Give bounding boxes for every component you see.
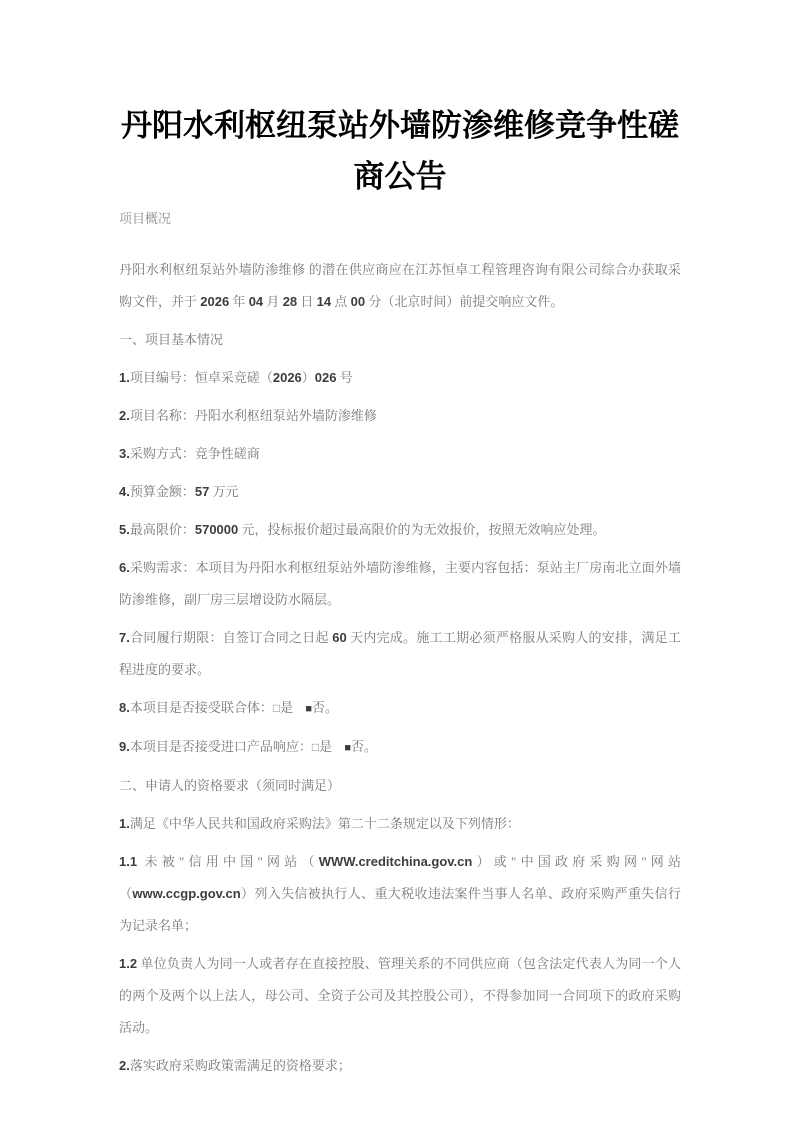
text-run: 分（北京时间）前提交响应文件。: [365, 294, 563, 309]
item-qualification-1-1: 1.1 未被"信用中国"网站（WWW.creditchina.gov.cn）或"…: [119, 846, 681, 942]
emphasis-text: 14: [317, 294, 331, 309]
document-title: 丹阳水利枢纽泵站外墙防渗维修竞争性磋商公告: [119, 100, 681, 202]
section-heading-basic-info: 一、项目基本情况: [119, 324, 681, 356]
emphasis-text: 3.: [119, 446, 130, 461]
text-run: 采购方式：竞争性磋商: [130, 446, 260, 461]
text-run: 日: [297, 294, 317, 309]
emphasis-text: 5.: [119, 522, 130, 537]
emphasis-text: 28: [283, 294, 297, 309]
text-run: 单位负责人为同一人或者存在直接控股、管理关系的不同供应商（包含法定代表人为同一个…: [119, 956, 681, 1035]
emphasis-text: 8.: [119, 700, 130, 715]
text-run: 一、项目基本情况: [119, 332, 223, 347]
emphasis-text: 04: [249, 294, 263, 309]
item-project-name: 2.项目名称：丹阳水利枢纽泵站外墙防渗维修: [119, 400, 681, 432]
emphasis-text: 2.: [119, 408, 130, 423]
item-qualification-2: 2.落实政府采购政策需满足的资格要求；: [119, 1050, 681, 1082]
text-run: 预算金额：: [130, 484, 195, 499]
text-run: 元，投标报价超过最高限价的为无效报价，按照无效响应处理。: [238, 522, 605, 537]
text-run: 落实政府采购政策需满足的资格要求；: [130, 1058, 351, 1073]
text-run: 未被"信用中国"网站（: [137, 854, 319, 869]
emphasis-text: WWW.creditchina.gov.cn: [319, 854, 473, 869]
emphasis-text: 026: [315, 370, 337, 385]
item-max-price: 5.最高限价：570000 元，投标报价超过最高限价的为无效报价，按照无效响应处…: [119, 514, 681, 546]
emphasis-text: 2026: [273, 370, 302, 385]
text-run: 满足《中华人民共和国政府采购法》第二十二条规定以及下列情形：: [130, 816, 520, 831]
text-run: 否。: [351, 739, 377, 754]
emphasis-text: 57: [195, 484, 209, 499]
emphasis-text: 00: [351, 294, 365, 309]
emphasis-text: 9.: [119, 739, 130, 754]
item-budget-amount: 4.预算金额：57 万元: [119, 476, 681, 508]
text-run: 是: [319, 739, 335, 754]
emphasis-text: 570000: [195, 522, 238, 537]
emphasis-text: 6.: [119, 560, 130, 575]
item-contract-period: 7.合同履行期限：自签订合同之日起 60 天内完成。施工工期必须严格服从采购人的…: [119, 622, 681, 686]
emphasis-text: 1.: [119, 816, 130, 831]
emphasis-text: 60: [332, 630, 346, 645]
item-project-number: 1.项目编号：恒卓采竞磋（2026）026 号: [119, 362, 681, 394]
text-run: 二、申请人的资格要求（须同时满足）: [119, 778, 340, 793]
text-run: 项目编号：恒卓采竞磋（: [130, 370, 273, 385]
emphasis-text: 2026: [200, 294, 229, 309]
document-page: 丹阳水利枢纽泵站外墙防渗维修竞争性磋商公告 项目概况 丹阳水利枢纽泵站外墙防渗维…: [119, 0, 681, 1082]
item-import-products: 9.本项目是否接受进口产品响应：□是 ■否。: [119, 731, 681, 764]
text-run: 月: [263, 294, 283, 309]
item-procurement-requirements: 6.采购需求：本项目为丹阳水利枢纽泵站外墙防渗维修，主要内容包括：泵站主厂房南北…: [119, 552, 681, 616]
text-run: 号: [337, 370, 353, 385]
section-heading-qualification: 二、申请人的资格要求（须同时满足）: [119, 770, 681, 802]
text-run: 年: [229, 294, 249, 309]
document-body: 丹阳水利枢纽泵站外墙防渗维修 的潜在供应商应在江苏恒卓工程管理咨询有限公司综合办…: [119, 254, 681, 1082]
item-qualification-1-2: 1.2 单位负责人为同一人或者存在直接控股、管理关系的不同供应商（包含法定代表人…: [119, 948, 681, 1044]
intro-paragraph: 丹阳水利枢纽泵站外墙防渗维修 的潜在供应商应在江苏恒卓工程管理咨询有限公司综合办…: [119, 254, 681, 318]
emphasis-text: 1.2: [119, 956, 137, 971]
emphasis-text: 1.1: [119, 854, 137, 869]
project-overview-label: 项目概况: [119, 208, 681, 230]
item-qualification-1: 1.满足《中华人民共和国政府采购法》第二十二条规定以及下列情形：: [119, 808, 681, 840]
text-run: 最高限价：: [130, 522, 195, 537]
emphasis-text: 4.: [119, 484, 130, 499]
text-run: 点: [331, 294, 351, 309]
text-run: 项目名称：丹阳水利枢纽泵站外墙防渗维修: [130, 408, 377, 423]
text-run: 否。: [312, 700, 338, 715]
text-run: 万元: [209, 484, 238, 499]
text-run: 本项目是否接受联合体：: [130, 700, 273, 715]
text-run: 采购需求：本项目为丹阳水利枢纽泵站外墙防渗维修，主要内容包括：泵站主厂房南北立面…: [119, 560, 681, 607]
text-run: ）: [302, 370, 315, 385]
emphasis-text: www.ccgp.gov.cn: [132, 886, 240, 901]
text-run: 本项目是否接受进口产品响应：: [130, 739, 312, 754]
emphasis-text: 7.: [119, 630, 130, 645]
emphasis-text: 1.: [119, 370, 130, 385]
text-run: 是: [280, 700, 296, 715]
emphasis-text: 2.: [119, 1058, 130, 1073]
text-run: 合同履行期限：自签订合同之日起: [130, 630, 332, 645]
item-consortium-acceptance: 8.本项目是否接受联合体：□是 ■否。: [119, 692, 681, 725]
item-procurement-method: 3.采购方式：竞争性磋商: [119, 438, 681, 470]
